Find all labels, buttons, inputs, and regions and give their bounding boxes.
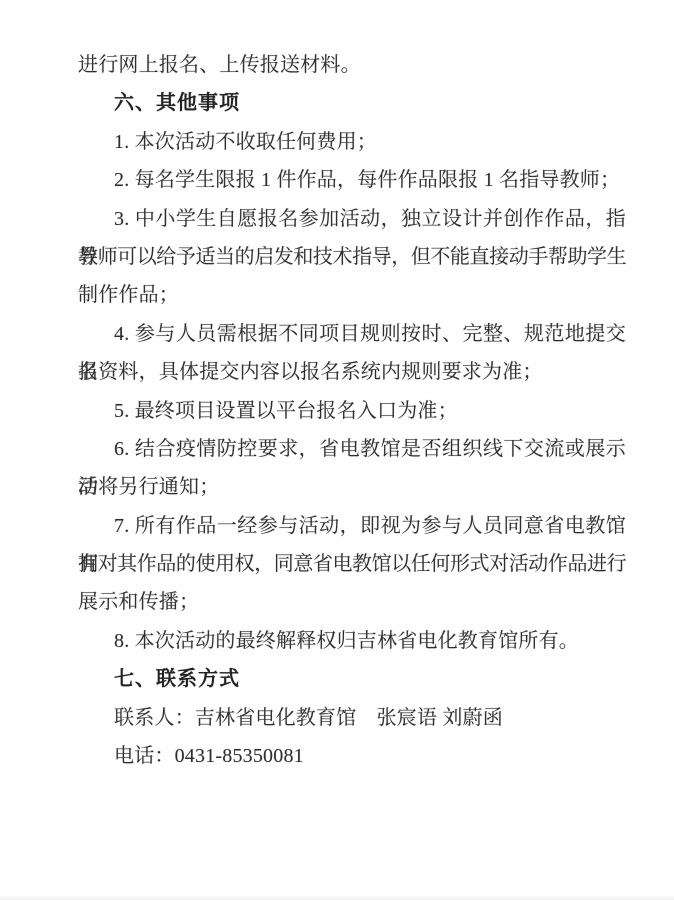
contact-person-line: 联系人：吉林省电化教育馆 张宸语 刘蔚函 [78,699,626,737]
section-heading-other-matters: 六、其他事项 [78,84,626,122]
item-3-line-2: 教师可以给予适当的启发和技术指导，但不能直接动手帮助学生 [78,238,626,276]
item-6-line-1: 6. 结合疫情防控要求，省电教馆是否组织线下交流或展示活 [78,430,626,468]
item-7-line-1: 7. 所有作品一经参与活动，即视为参与人员同意省电教馆拥 [78,507,626,545]
section-heading-contact: 七、联系方式 [78,660,626,698]
document-text-block: 进行网上报名、上传报送材料。 六、其他事项 1. 本次活动不收取任何费用； 2.… [78,46,626,775]
item-7-line-3: 展示和传播； [78,583,626,621]
item-2: 2. 每名学生限报 1 件作品，每件作品限报 1 名指导教师； [78,161,626,199]
scanned-notice-page: 进行网上报名、上传报送材料。 六、其他事项 1. 本次活动不收取任何费用； 2.… [0,0,674,900]
item-6-line-2: 动将另行通知； [78,468,626,506]
item-8: 8. 本次活动的最终解释权归吉林省电化教育馆所有。 [78,622,626,660]
continuation-line: 进行网上报名、上传报送材料。 [78,46,626,84]
item-5: 5. 最终项目设置以平台报名入口为准； [78,392,626,430]
item-1: 1. 本次活动不收取任何费用； [78,123,626,161]
item-4-line-1: 4. 参与人员需根据不同项目规则按时、完整、规范地提交报 [78,315,626,353]
item-7-line-2: 有对其作品的使用权，同意省电教馆以任何形式对活动作品进行 [78,545,626,583]
item-3-line-1: 3. 中小学生自愿报名参加活动，独立设计并创作作品，指导 [78,200,626,238]
contact-phone-line: 电话：0431-85350081 [78,737,626,775]
item-4-line-2: 名资料，具体提交内容以报名系统内规则要求为准； [78,353,626,391]
item-3-line-3: 制作作品； [78,276,626,314]
